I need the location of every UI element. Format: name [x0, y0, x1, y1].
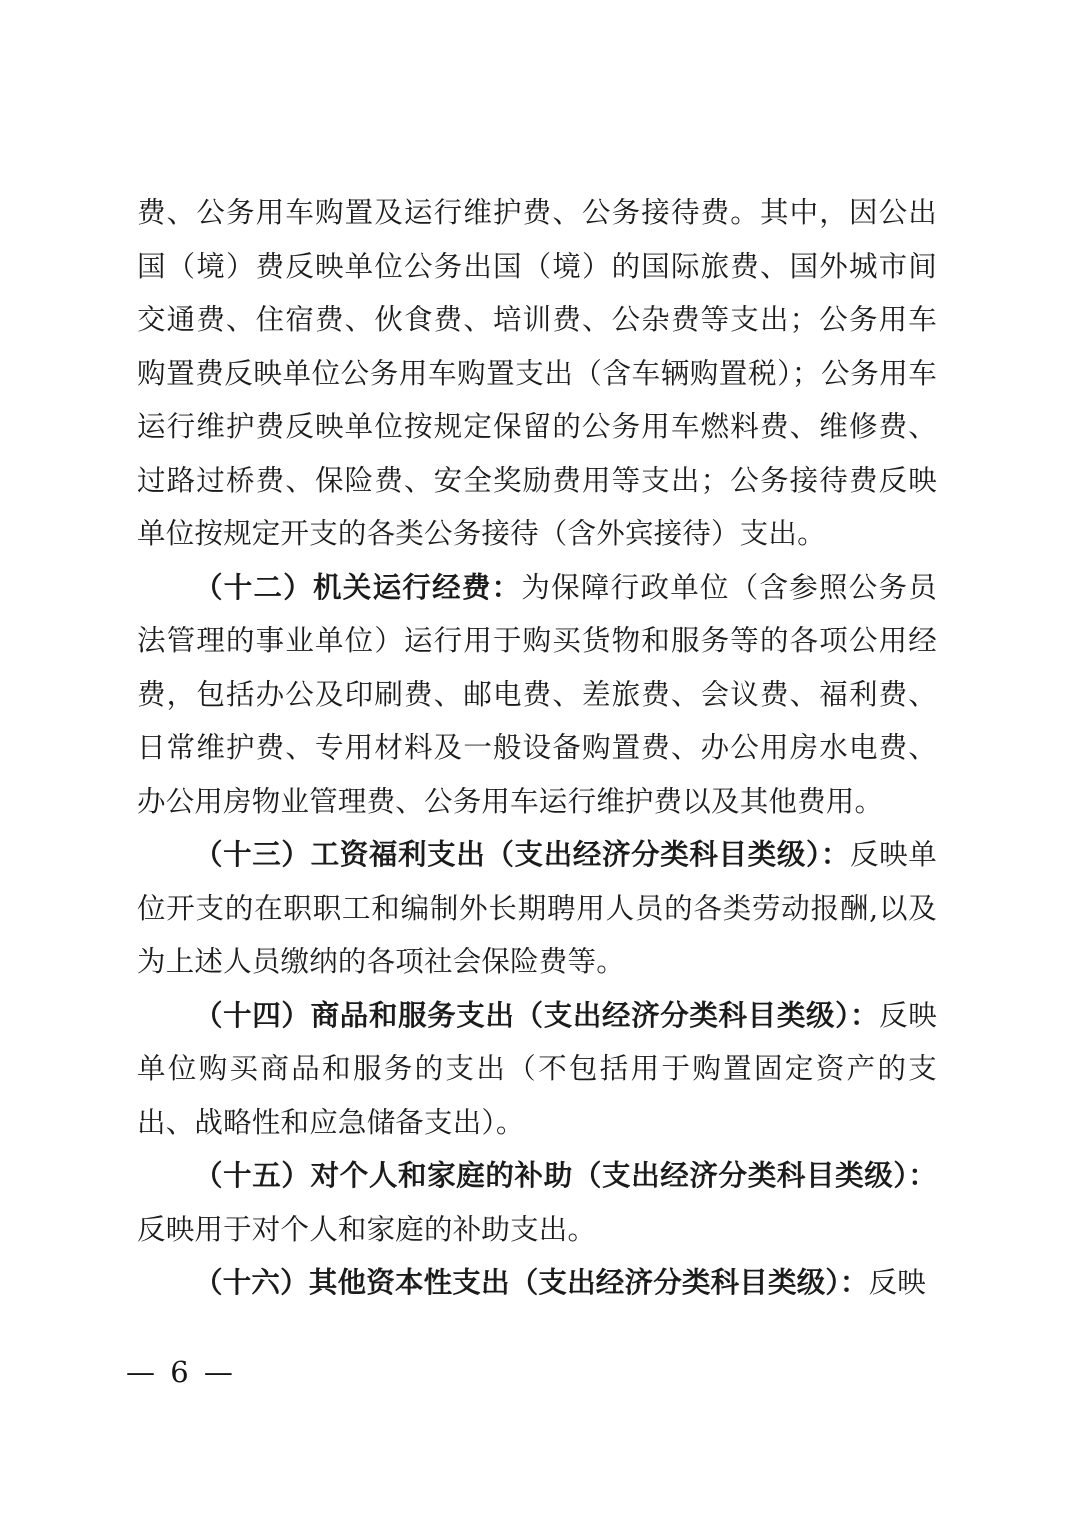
- paragraph: （十三）工资福利支出（支出经济分类科目类级）：反映单位开支的在职职工和编制外长期…: [137, 828, 937, 989]
- text-run: 为保障行政单位（含参照公务员法管理的事业单位）运行用于购买货物和服务等的各项公用…: [137, 571, 937, 818]
- text-run: （十二）机关运行经费：: [194, 570, 521, 604]
- paragraph: （十五）对个人和家庭的补助（支出经济分类科目类级）：反映用于对个人和家庭的补助支…: [137, 1149, 937, 1256]
- document-body: 费、公务用车购置及运行维护费、公务接待费。其中，因公出国（境）费反映单位公务出国…: [137, 186, 937, 1310]
- paragraph: （十六）其他资本性支出（支出经济分类科目类级）：反映: [137, 1256, 937, 1310]
- paragraph: （十四）商品和服务支出（支出经济分类科目类级）：反映单位购买商品和服务的支出（不…: [137, 989, 937, 1150]
- text-run: 反映用于对个人和家庭的补助支出。: [137, 1213, 596, 1246]
- text-run: 反映: [869, 1266, 926, 1299]
- document-page: 费、公务用车购置及运行维护费、公务接待费。其中，因公出国（境）费反映单位公务出国…: [0, 0, 1074, 1520]
- paragraph: （十二）机关运行经费：为保障行政单位（含参照公务员法管理的事业单位）运行用于购买…: [137, 561, 937, 829]
- paragraph: 费、公务用车购置及运行维护费、公务接待费。其中，因公出国（境）费反映单位公务出国…: [137, 186, 937, 561]
- text-run: （十三）工资福利支出（支出经济分类科目类级）：: [194, 837, 850, 871]
- text-run: （十四）商品和服务支出（支出经济分类科目类级）：: [194, 998, 879, 1032]
- text-run: 费、公务用车购置及运行维护费、公务接待费。其中，因公出国（境）费反映单位公务出国…: [137, 196, 937, 550]
- text-run: （十五）对个人和家庭的补助（支出经济分类科目类级）：: [194, 1158, 937, 1192]
- text-run: （十六）其他资本性支出（支出经济分类科目类级）：: [194, 1265, 869, 1299]
- page-number: — 6 —: [126, 1352, 236, 1392]
